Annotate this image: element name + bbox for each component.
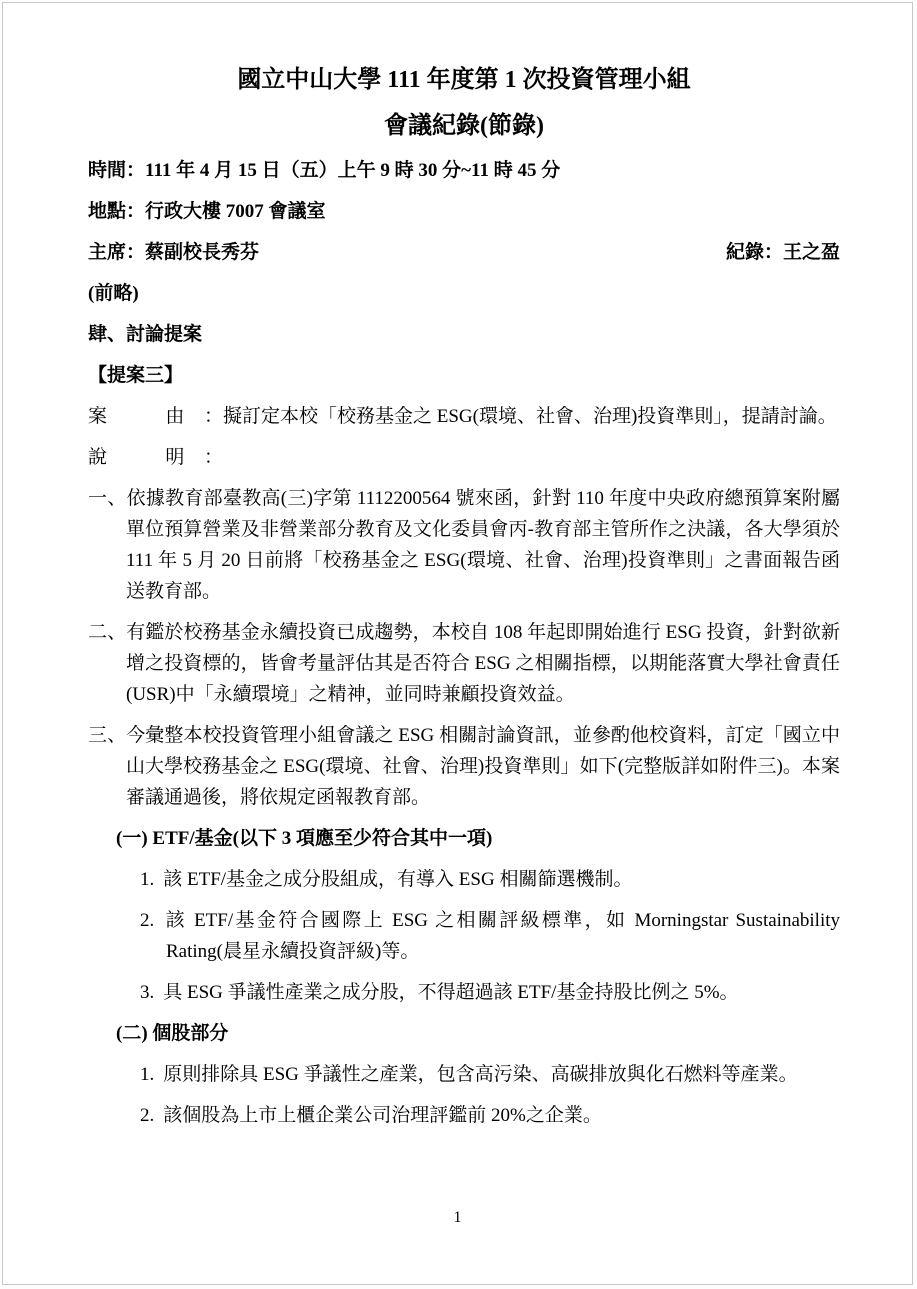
subsection-1-item-3: 3.具 ESG 爭議性產業之成分股，不得超過該 ETF/基金持股比例之 5%。 [88,977,840,1008]
meeting-recorder: 紀錄：王之盈 [726,237,840,268]
document-content: 國立中山大學 111 年度第 1 次投資管理小組 會議紀錄(節錄) 時間：111… [3,3,912,1131]
proposal-heading: 【提案三】 [88,360,840,391]
sub1-item-1-marker: 1. [140,869,163,890]
explanation-heading: 說 明： [88,442,840,473]
title-line-1: 國立中山大學 111 年度第 1 次投資管理小組 [88,57,840,103]
point-1-marker: 一、 [88,488,127,509]
subsection-2-heading: (二) 個股部分 [88,1018,840,1049]
section-heading: 肆、討論提案 [88,319,840,350]
omitted-note: (前略) [88,278,840,309]
subsection-2-item-1: 1.原則排除具 ESG 爭議性之產業，包含高污染、高碳排放與化石燃料等產業。 [88,1059,840,1090]
case-subject-text: 擬訂定本校「校務基金之 ESG(環境、社會、治理)投資準則」，提請討論。 [223,406,837,427]
sub1-item-2-text: 該 ETF/基金符合國際上 ESG 之相關評級標準，如 Morningstar … [163,910,840,962]
sub1-item-2-marker: 2. [140,910,163,931]
subsection-1-item-2: 2.該 ETF/基金符合國際上 ESG 之相關評級標準，如 Morningsta… [88,905,840,967]
case-subject-label: 案 由： [88,401,223,432]
case-subject: 案 由：擬訂定本校「校務基金之 ESG(環境、社會、治理)投資準則」，提請討論。 [88,401,840,432]
explanation-point-1: 一、依據教育部臺教高(三)字第 1112200564 號來函，針對 110 年度… [88,483,840,607]
document-title: 國立中山大學 111 年度第 1 次投資管理小組 會議紀錄(節錄) [88,57,840,149]
meeting-time: 時間：111 年 4 月 15 日（五）上午 9 時 30 分~11 時 45 … [88,155,840,186]
point-3-text: 今彙整本校投資管理小組會議之 ESG 相關討論資訊，並參酌他校資料，訂定「國立中… [126,725,840,808]
page-number: 1 [3,1208,912,1228]
document-page: 國立中山大學 111 年度第 1 次投資管理小組 會議紀錄(節錄) 時間：111… [2,2,913,1285]
explanation-point-3: 三、今彙整本校投資管理小組會議之 ESG 相關討論資訊，並參酌他校資料，訂定「國… [88,720,840,813]
meeting-chair: 主席：蔡副校長秀芬 [88,237,259,268]
sub2-item-1-text: 原則排除具 ESG 爭議性之產業，包含高污染、高碳排放與化石燃料等產業。 [163,1064,797,1085]
meeting-location: 地點：行政大樓 7007 會議室 [88,196,840,227]
subsection-2-item-2: 2.該個股為上市上櫃企業公司治理評鑑前 20%之企業。 [88,1100,840,1131]
point-2-text: 有鑑於校務基金永續投資已成趨勢，本校自 108 年起即開始進行 ESG 投資，針… [126,622,840,705]
sub2-item-2-marker: 2. [140,1105,163,1126]
explanation-label: 說 明： [88,442,223,473]
sub1-item-3-marker: 3. [140,982,163,1003]
subsection-1-heading: (一) ETF/基金(以下 3 項應至少符合其中一項) [88,823,840,854]
sub1-item-1-text: 該 ETF/基金之成分股組成，有導入 ESG 相關篩選機制。 [163,869,632,890]
point-1-text: 依據教育部臺教高(三)字第 1112200564 號來函，針對 110 年度中央… [126,488,840,602]
subsection-1-item-1: 1.該 ETF/基金之成分股組成，有導入 ESG 相關篩選機制。 [88,864,840,895]
explanation-point-2: 二、有鑑於校務基金永續投資已成趨勢，本校自 108 年起即開始進行 ESG 投資… [88,617,840,710]
sub2-item-2-text: 該個股為上市上櫃企業公司治理評鑑前 20%之企業。 [163,1105,602,1126]
sub1-item-3-text: 具 ESG 爭議性產業之成分股，不得超過該 ETF/基金持股比例之 5%。 [163,982,738,1003]
chair-recorder-row: 主席：蔡副校長秀芬 紀錄：王之盈 [88,237,840,268]
title-line-2: 會議紀錄(節錄) [88,103,840,149]
sub2-item-1-marker: 1. [140,1064,163,1085]
point-2-marker: 二、 [88,622,126,643]
point-3-marker: 三、 [88,725,126,746]
